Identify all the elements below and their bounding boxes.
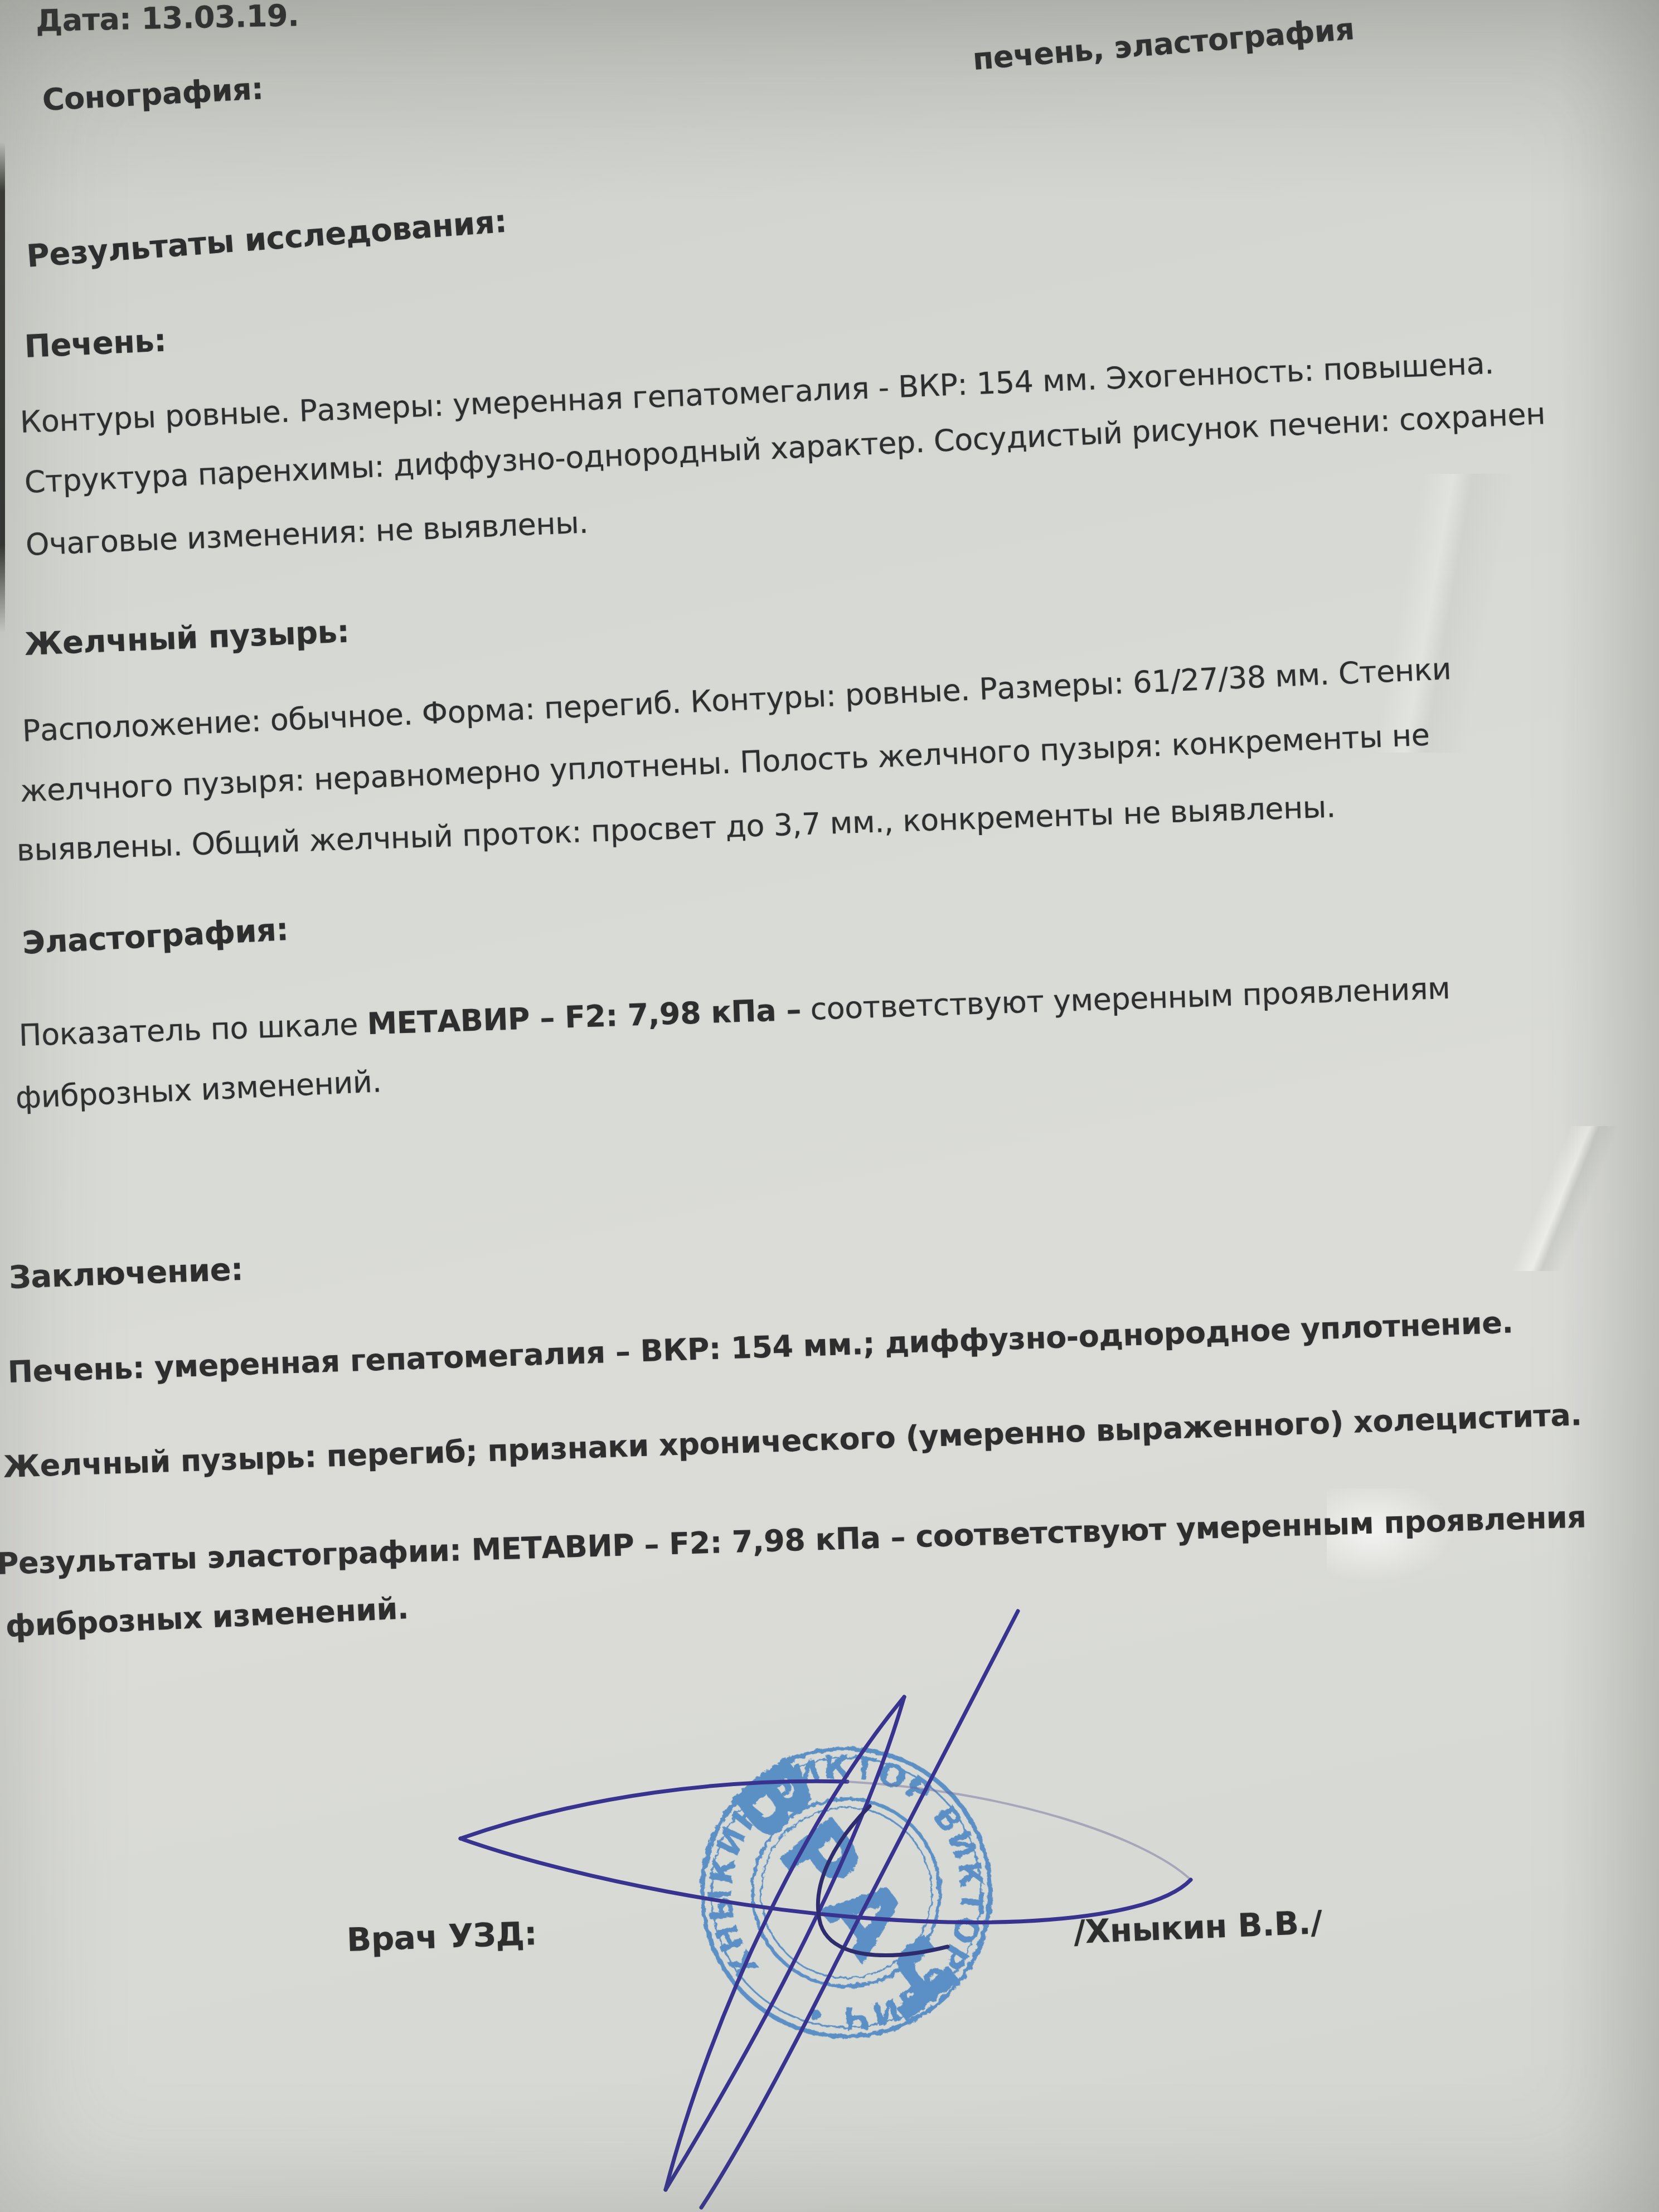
signature-hook-loop	[818, 1806, 948, 1955]
signature-ink	[460, 1611, 1191, 2208]
liver-heading: Печень:	[24, 322, 167, 365]
elastography-result-line: Показатель по шкале МЕТАВИР – F2: 7,98 к…	[18, 971, 1451, 1053]
stamp-ring-text: ХНЫКИН ВИКТОР ВИКТОРОВИЧ •	[688, 1734, 1005, 2050]
signature-horizontal-loop-upper-faint	[847, 1782, 1191, 1880]
signature-diagonal-loop-right	[666, 1697, 904, 2190]
scanned-medical-report: Дата: 13.03.19. печень, эластография Сон…	[0, 0, 1659, 2212]
paper-shading-right	[1559, 0, 1659, 2212]
metavir-score: МЕТАВИР – F2: 7,98 кПа –	[366, 992, 801, 1041]
results-heading: Результаты исследования:	[26, 203, 508, 275]
paper-crease	[1199, 474, 1659, 753]
doctor-role-label: Врач УЗД:	[346, 1914, 537, 1959]
gallbladder-heading: Желчный пузырь:	[24, 614, 350, 663]
liver-findings-line: Очаговые изменения: не выявлены.	[25, 505, 589, 562]
elastography-heading: Эластография:	[21, 911, 289, 962]
signature-horizontal-loop-lower	[460, 1839, 1191, 1922]
signature-diagonal-loop-left	[666, 1697, 904, 2190]
date-line: Дата: 13.03.19.	[35, 0, 299, 38]
conclusion-line: фиброзных изменений.	[5, 1590, 410, 1644]
elastography-result-line: фиброзных изменений.	[15, 1064, 382, 1115]
paper-crease-corner	[1472, 1126, 1659, 1271]
signature-horizontal-loop-upper	[460, 1781, 847, 1839]
stamp-ring-text-holder: ХНЫКИН ВИКТОР ВИКТОРОВИЧ •	[688, 1734, 1005, 2050]
stamp-outer-ring-inner-line	[698, 1744, 995, 2041]
photo-vignette	[0, 0, 1659, 2212]
conclusion-heading: Заключение:	[8, 1251, 244, 1296]
conclusion-line: Желчный пузырь: перегиб; признаки хронич…	[3, 1397, 1582, 1485]
stamp-center-text: ВРАЧ	[710, 1739, 983, 2046]
photo-edge-shadow	[0, 142, 5, 633]
stamp-and-signature-layer: ХНЫКИН ВИКТОР ВИКТОРОВИЧ • ВРАЧ	[0, 0, 1659, 2212]
stamp-inner-ring-inner-line	[753, 1799, 940, 1986]
stamp-outer-ring	[688, 1734, 1004, 2050]
signature-long-stroke	[701, 1611, 1018, 2208]
elastography-result-suffix: соответствуют умеренным проявлениям	[801, 971, 1451, 1027]
doctor-stamp: ХНЫКИН ВИКТОР ВИКТОРОВИЧ • ВРАЧ	[687, 1720, 1006, 2064]
stamp-inner-ring	[743, 1789, 949, 1995]
doctor-name-label: /Хныкин В.В./	[1073, 1903, 1323, 1951]
elastography-result-prefix: Показатель по шкале	[18, 1006, 368, 1053]
conclusion-line: Печень: умеренная гепатомегалия – ВКР: 1…	[7, 1304, 1514, 1390]
